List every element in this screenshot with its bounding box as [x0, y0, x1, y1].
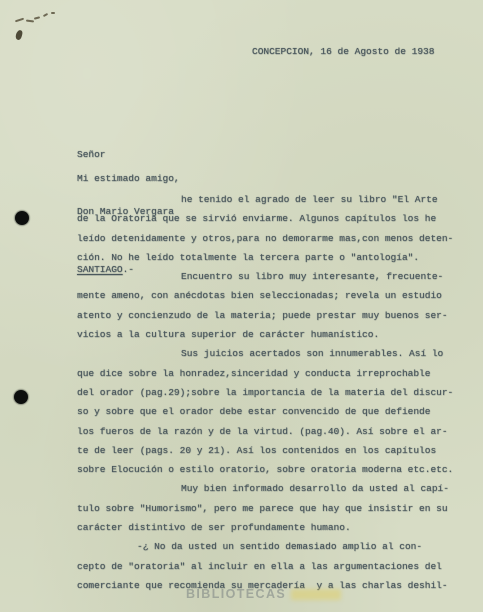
letter-line: Encuentro su libro muy interesante, frec… — [77, 267, 469, 286]
letter-line: que dice sobre la honradez,sinceridad y … — [77, 364, 469, 383]
library-watermark: BIBLIOTECAS — [186, 587, 341, 601]
letter-line: cepto de "oratoria" al incluir en ella a… — [77, 557, 469, 576]
letter-page: CONCEPCION, 16 de Agosto de 1938 Señor D… — [0, 0, 483, 612]
ink-smudge — [51, 12, 55, 14]
dateline: CONCEPCION, 16 de Agosto de 1938 — [252, 42, 434, 61]
letter-line: atento y concienzudo de la materia; pued… — [77, 306, 469, 325]
watermark-yellow-stamp — [291, 589, 341, 600]
letter-body: he tenido el agrado de leer su libro "El… — [77, 190, 469, 595]
letter-line: tulo sobre "Humorismo", pero me parece q… — [77, 499, 469, 518]
recipient-salutation: Señor — [77, 145, 174, 164]
letter-line: sobre Elocución o estilo oratorio, sobre… — [77, 460, 469, 479]
letter-line: vicios a la cultura superior de carácter… — [77, 325, 469, 344]
letter-line: del orador (pag.29);sobre la importancia… — [77, 383, 469, 402]
letter-line: he tenido el agrado de leer su libro "El… — [77, 190, 469, 209]
letter-line: mente ameno, con anécdotas bien seleccio… — [77, 286, 469, 305]
ink-blot — [15, 29, 23, 40]
letter-line: Sus juicios acertados son innumerables. … — [77, 344, 469, 363]
ink-smudge — [15, 18, 24, 23]
watermark-label: BIBLIOTECAS — [186, 587, 286, 601]
ink-smudge — [43, 13, 48, 17]
greeting: Mi estimado amigo, — [77, 169, 180, 188]
letter-line: leído detenidamente y otros,para no demo… — [77, 229, 469, 248]
letter-line: carácter distintivo de ser profundamente… — [77, 518, 469, 537]
letter-line: te de leer (pags. 20 y 21). Así los cont… — [77, 441, 469, 460]
ink-smudge — [26, 19, 34, 22]
hole-punch-top — [15, 211, 29, 225]
ink-smudge — [34, 16, 40, 19]
letter-line: los fueros de la razón y de la virtud. (… — [77, 422, 469, 441]
hole-punch-bottom — [14, 390, 28, 404]
letter-line: de la Oratoria que se sirvió enviarme. A… — [77, 209, 469, 228]
letter-line: ción. No he leído totalmente la tercera … — [77, 248, 469, 267]
letter-line: so y sobre que el orador debe estar conv… — [77, 402, 469, 421]
letter-line: -¿ No da usted un sentido demasiado ampl… — [77, 537, 469, 556]
letter-line: Muy bien informado desarrollo da usted a… — [77, 479, 469, 498]
